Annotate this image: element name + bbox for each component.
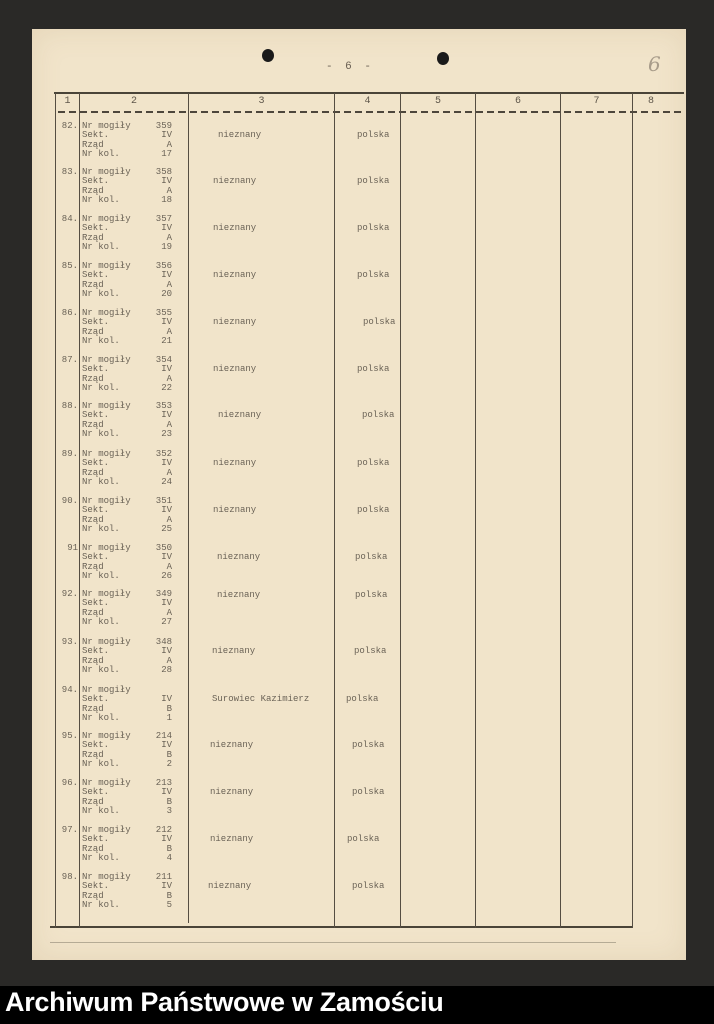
entry-number: 87. bbox=[54, 356, 78, 365]
column-header-3: 3 bbox=[189, 96, 334, 107]
table-row: 82.Nr mogiły359Sekt.IVRządANr kol.17 bbox=[54, 122, 184, 162]
person-name: nieznany bbox=[208, 881, 251, 891]
entry-number: 89. bbox=[54, 450, 78, 459]
archive-name: Archiwum Państwowe w Zamościu bbox=[5, 987, 443, 1018]
column-label: Nr kol. bbox=[82, 196, 142, 205]
column-label: Nr kol. bbox=[82, 525, 142, 534]
table-row: 98.Nr mogiły211Sekt.IVRządBNr kol.5 bbox=[54, 873, 184, 913]
column-value: 24 bbox=[144, 478, 172, 487]
column-label: Nr kol. bbox=[82, 430, 142, 439]
person-name: nieznany bbox=[210, 740, 253, 750]
column-label: Nr kol. bbox=[82, 290, 142, 299]
handwritten-page-number: 6 bbox=[648, 52, 661, 76]
column-label: Nr kol. bbox=[82, 760, 142, 769]
entry-number: 83. bbox=[54, 168, 78, 177]
entry-number: 92. bbox=[54, 590, 78, 599]
column-value: 27 bbox=[144, 618, 172, 627]
table-row: 83.Nr mogiły358Sekt.IVRządANr kol.18 bbox=[54, 168, 184, 208]
entry-number: 90. bbox=[54, 497, 78, 506]
table-row: 94.Nr mogiłySekt.IVRządBNr kol.1 bbox=[54, 686, 184, 726]
column-label: Nr kol. bbox=[82, 243, 142, 252]
table-row: 97.Nr mogiły212Sekt.IVRządBNr kol.4 bbox=[54, 826, 184, 866]
table-row: 88.Nr mogiły353Sekt.IVRządANr kol.23 bbox=[54, 402, 184, 442]
column-label: Nr kol. bbox=[82, 337, 142, 346]
table-row: 89.Nr mogiły352Sekt.IVRządANr kol.24 bbox=[54, 450, 184, 490]
entry-number: 82. bbox=[54, 122, 78, 131]
column-header-2: 2 bbox=[80, 96, 188, 107]
table-row: 95.Nr mogiły214Sekt.IVRządBNr kol.2 bbox=[54, 732, 184, 772]
column-header-5: 5 bbox=[401, 96, 475, 107]
column-label: Nr kol. bbox=[82, 384, 142, 393]
entry-number: 97. bbox=[54, 826, 78, 835]
table-row: 84.Nr mogiły357Sekt.IVRządANr kol.19 bbox=[54, 215, 184, 255]
nationality: polska bbox=[363, 317, 395, 327]
column-value: 21 bbox=[144, 337, 172, 346]
table-row: 92.Nr mogiły349Sekt.IVRządANr kol.27 bbox=[54, 590, 184, 630]
archive-footer: Archiwum Państwowe w Zamościu bbox=[0, 986, 714, 1024]
table-row: 96.Nr mogiły213Sekt.IVRządBNr kol.3 bbox=[54, 779, 184, 819]
punch-hole-left bbox=[262, 49, 274, 62]
nationality: polska bbox=[357, 176, 389, 186]
table-row: 87.Nr mogiły354Sekt.IVRządANr kol.22 bbox=[54, 356, 184, 396]
table-top-rule bbox=[54, 92, 684, 94]
column-value: 2 bbox=[144, 760, 172, 769]
entry-number: 96. bbox=[54, 779, 78, 788]
column-label: Nr kol. bbox=[82, 807, 142, 816]
person-name: nieznany bbox=[213, 176, 256, 186]
col-divider-6 bbox=[560, 93, 561, 928]
table-row: 86.Nr mogiły355Sekt.IVRządANr kol.21 bbox=[54, 309, 184, 349]
nationality: polska bbox=[355, 590, 387, 600]
person-name: nieznany bbox=[213, 317, 256, 327]
nationality: polska bbox=[352, 740, 384, 750]
column-header-4: 4 bbox=[335, 96, 400, 107]
table-bottom-rule bbox=[50, 926, 632, 928]
column-header-1: 1 bbox=[56, 96, 79, 107]
column-value: 26 bbox=[144, 572, 172, 581]
nationality: polska bbox=[357, 130, 389, 140]
column-value: 19 bbox=[144, 243, 172, 252]
person-name: nieznany bbox=[217, 590, 260, 600]
column-value: 4 bbox=[144, 854, 172, 863]
nationality: polska bbox=[357, 223, 389, 233]
table-row: 85.Nr mogiły356Sekt.IVRządANr kol.20 bbox=[54, 262, 184, 302]
table-bottom-rule-faint bbox=[50, 942, 616, 943]
column-value: 25 bbox=[144, 525, 172, 534]
column-value: 22 bbox=[144, 384, 172, 393]
col-divider-5 bbox=[475, 93, 476, 928]
column-value: 3 bbox=[144, 807, 172, 816]
table-row: 90.Nr mogiły351Sekt.IVRządANr kol.25 bbox=[54, 497, 184, 537]
col-divider-3 bbox=[334, 93, 335, 928]
entry-number: 94. bbox=[54, 686, 78, 695]
punch-hole-right bbox=[437, 52, 449, 65]
nationality: polska bbox=[357, 505, 389, 515]
entry-number: 84. bbox=[54, 215, 78, 224]
column-value: 1 bbox=[144, 714, 172, 723]
person-name: nieznany bbox=[210, 787, 253, 797]
person-name: nieznany bbox=[213, 223, 256, 233]
column-value: 18 bbox=[144, 196, 172, 205]
person-name: nieznany bbox=[217, 552, 260, 562]
person-name: nieznany bbox=[218, 410, 261, 420]
column-header-6: 6 bbox=[476, 96, 560, 107]
col-divider-2 bbox=[188, 93, 189, 923]
column-label: Nr kol. bbox=[82, 854, 142, 863]
column-value: 20 bbox=[144, 290, 172, 299]
column-value: 17 bbox=[144, 150, 172, 159]
table-row: 91Nr mogiły350Sekt.IVRządANr kol.26 bbox=[54, 544, 184, 584]
person-name: nieznany bbox=[218, 130, 261, 140]
person-name: nieznany bbox=[213, 505, 256, 515]
nationality: polska bbox=[355, 552, 387, 562]
entry-number: 88. bbox=[54, 402, 78, 411]
person-name: Surowiec Kazimierz bbox=[212, 694, 309, 704]
person-name: nieznany bbox=[213, 270, 256, 280]
nationality: polska bbox=[352, 881, 384, 891]
nationality: polska bbox=[362, 410, 394, 420]
nationality: polska bbox=[357, 364, 389, 374]
nationality: polska bbox=[357, 270, 389, 280]
column-label: Nr kol. bbox=[82, 478, 142, 487]
nationality: polska bbox=[347, 834, 379, 844]
entry-number: 86. bbox=[54, 309, 78, 318]
entry-number: 95. bbox=[54, 732, 78, 741]
col-divider-7 bbox=[632, 93, 633, 928]
person-name: nieznany bbox=[213, 364, 256, 374]
entry-number: 98. bbox=[54, 873, 78, 882]
entry-number: 85. bbox=[54, 262, 78, 271]
entry-number: 93. bbox=[54, 638, 78, 647]
column-label: Nr kol. bbox=[82, 618, 142, 627]
nationality: polska bbox=[352, 787, 384, 797]
column-label: Nr kol. bbox=[82, 714, 142, 723]
column-header-7: 7 bbox=[561, 96, 632, 107]
nationality: polska bbox=[354, 646, 386, 656]
person-name: nieznany bbox=[212, 646, 255, 656]
page-number: - 6 - bbox=[320, 61, 380, 73]
column-value: 23 bbox=[144, 430, 172, 439]
person-name: nieznany bbox=[210, 834, 253, 844]
header-dashed-rule bbox=[58, 111, 684, 113]
nationality: polska bbox=[357, 458, 389, 468]
column-label: Nr kol. bbox=[82, 901, 142, 910]
table-row: 93.Nr mogiły348Sekt.IVRządANr kol.28 bbox=[54, 638, 184, 678]
col-divider-4 bbox=[400, 93, 401, 928]
entry-number: 91 bbox=[54, 544, 78, 553]
column-label: Nr kol. bbox=[82, 150, 142, 159]
column-header-8: 8 bbox=[633, 96, 669, 107]
column-value: 5 bbox=[144, 901, 172, 910]
column-label: Nr kol. bbox=[82, 572, 142, 581]
nationality: polska bbox=[346, 694, 378, 704]
person-name: nieznany bbox=[213, 458, 256, 468]
column-label: Nr kol. bbox=[82, 666, 142, 675]
column-value: 28 bbox=[144, 666, 172, 675]
